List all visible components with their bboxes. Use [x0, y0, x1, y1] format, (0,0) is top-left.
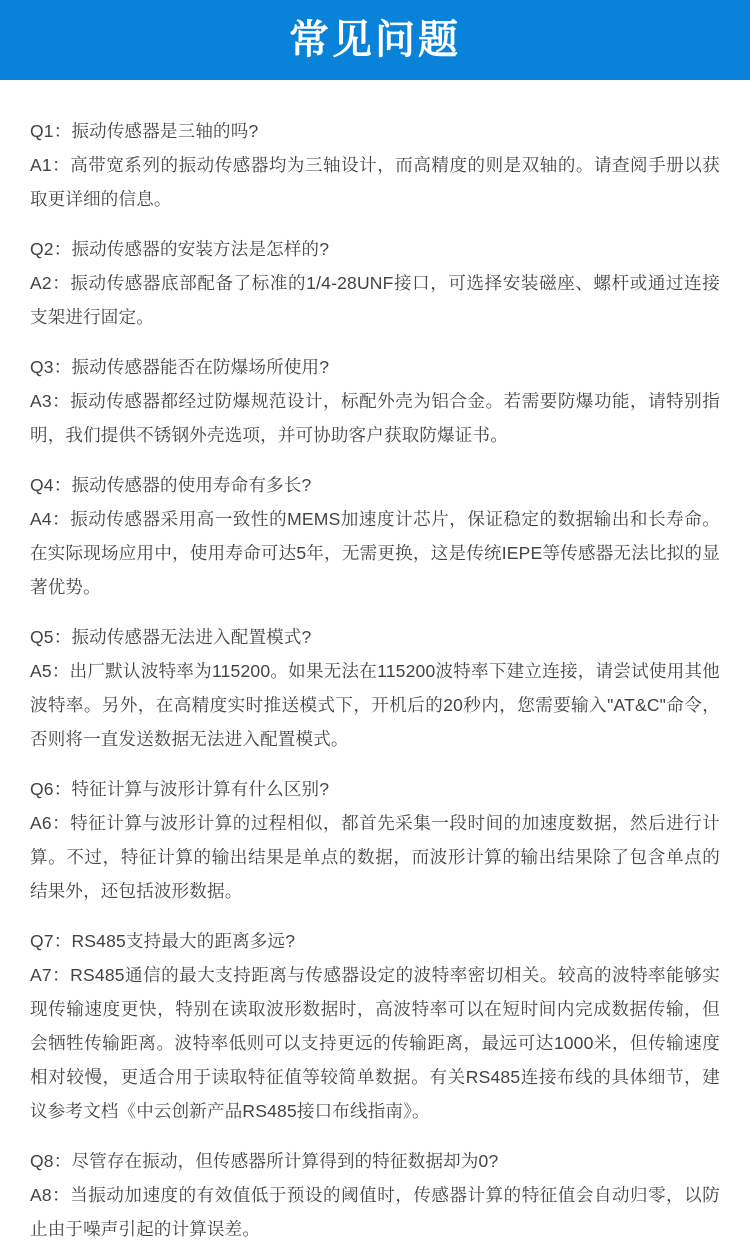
question-3: Q3：振动传感器能否在防爆场所使用?	[30, 350, 720, 384]
question-8: Q8：尽管存在振动，但传感器所计算得到的特征数据却为0?	[30, 1144, 720, 1178]
answer-3: A3：振动传感器都经过防爆规范设计，标配外壳为铝合金。若需要防爆功能，请特别指明…	[30, 384, 720, 452]
faq-item-8: Q8：尽管存在振动，但传感器所计算得到的特征数据却为0? A8：当振动加速度的有…	[30, 1144, 720, 1245]
answer-7: A7：RS485通信的最大支持距离与传感器设定的波特率密切相关。较高的波特率能够…	[30, 958, 720, 1128]
faq-item-1: Q1：振动传感器是三轴的吗? A1：高带宽系列的振动传感器均为三轴设计，而高精度…	[30, 114, 720, 216]
faq-item-6: Q6：特征计算与波形计算有什么区别? A6：特征计算与波形计算的过程相似，都首先…	[30, 772, 720, 908]
question-1: Q1：振动传感器是三轴的吗?	[30, 114, 720, 148]
answer-5: A5：出厂默认波特率为115200。如果无法在115200波特率下建立连接，请尝…	[30, 654, 720, 756]
faq-item-4: Q4：振动传感器的使用寿命有多长? A4：振动传感器采用高一致性的MEMS加速度…	[30, 468, 720, 604]
question-6: Q6：特征计算与波形计算有什么区别?	[30, 772, 720, 806]
faq-item-2: Q2：振动传感器的安装方法是怎样的? A2：振动传感器底部配备了标准的1/4-2…	[30, 232, 720, 334]
faq-item-7: Q7：RS485支持最大的距离多远? A7：RS485通信的最大支持距离与传感器…	[30, 924, 720, 1128]
answer-1: A1：高带宽系列的振动传感器均为三轴设计，而高精度的则是双轴的。请查阅手册以获取…	[30, 148, 720, 216]
faq-item-3: Q3：振动传感器能否在防爆场所使用? A3：振动传感器都经过防爆规范设计，标配外…	[30, 350, 720, 452]
faq-content: Q1：振动传感器是三轴的吗? A1：高带宽系列的振动传感器均为三轴设计，而高精度…	[0, 80, 750, 1245]
faq-header-banner: 常见问题	[0, 0, 750, 80]
answer-2: A2：振动传感器底部配备了标准的1/4-28UNF接口，可选择安装磁座、螺杆或通…	[30, 266, 720, 334]
question-5: Q5：振动传感器无法进入配置模式?	[30, 620, 720, 654]
answer-8: A8：当振动加速度的有效值低于预设的阈值时，传感器计算的特征值会自动归零，以防止…	[30, 1178, 720, 1245]
page-title: 常见问题	[289, 20, 461, 60]
question-2: Q2：振动传感器的安装方法是怎样的?	[30, 232, 720, 266]
answer-6: A6：特征计算与波形计算的过程相似，都首先采集一段时间的加速度数据，然后进行计算…	[30, 806, 720, 908]
faq-item-5: Q5：振动传感器无法进入配置模式? A5：出厂默认波特率为115200。如果无法…	[30, 620, 720, 756]
answer-4: A4：振动传感器采用高一致性的MEMS加速度计芯片，保证稳定的数据输出和长寿命。…	[30, 502, 720, 604]
question-7: Q7：RS485支持最大的距离多远?	[30, 924, 720, 958]
question-4: Q4：振动传感器的使用寿命有多长?	[30, 468, 720, 502]
